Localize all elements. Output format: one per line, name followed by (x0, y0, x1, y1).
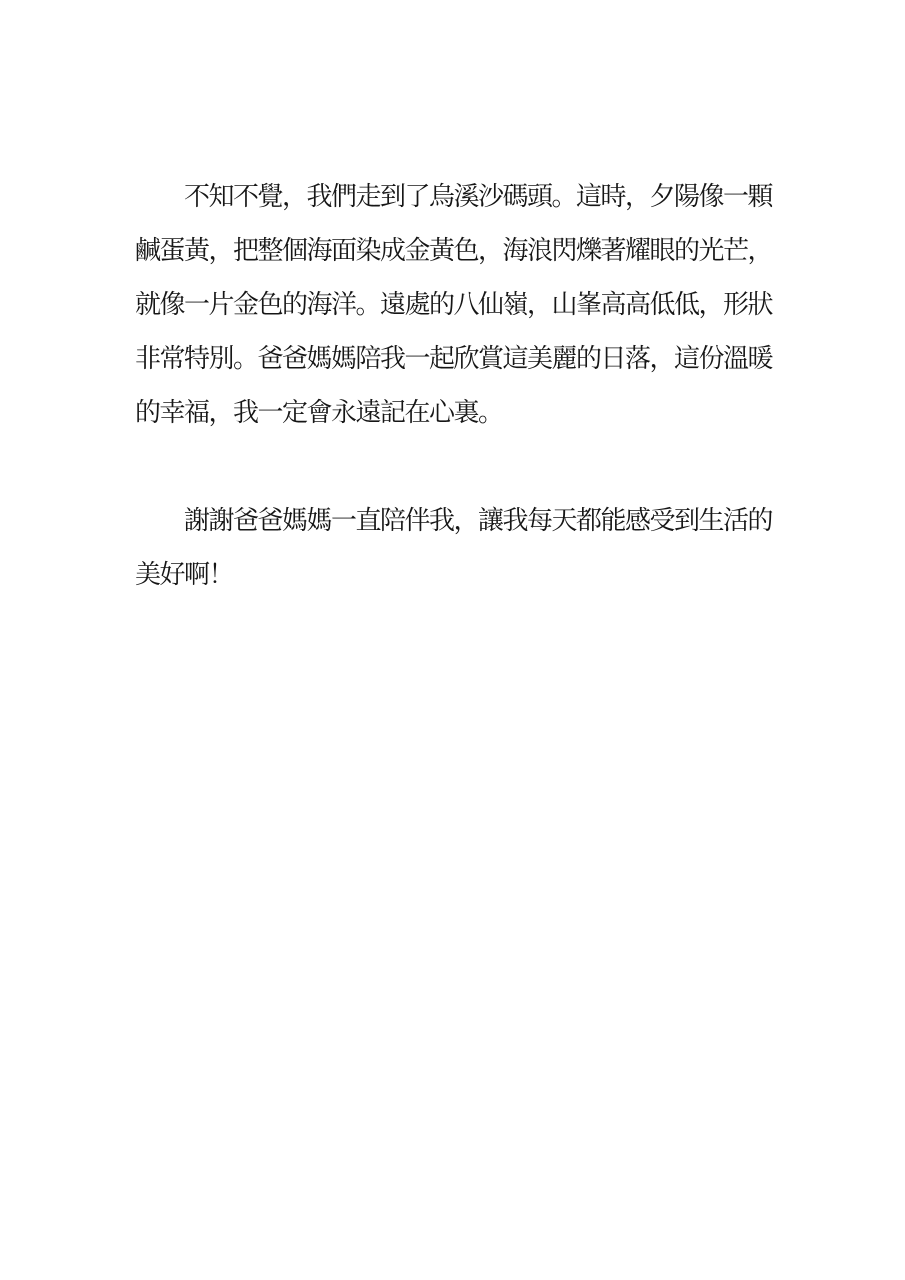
document-body: 不知不覺，我們走到了烏溪沙碼頭。這時，夕陽像一顆 鹹蛋黃，把整個海面染成金黃色，… (135, 170, 780, 656)
text-line: 就像一片金色的海洋。遠處的八仙嶺，山峯高高低低，形狀 (135, 278, 780, 332)
text-line: 鹹蛋黃，把整個海面染成金黃色，海浪閃爍著耀眼的光芒， (135, 224, 780, 278)
text-line: 的幸福，我一定會永遠記在心裏。 (135, 386, 780, 440)
text-line: 謝謝爸爸媽媽一直陪伴我，讓我每天都能感受到生活的 (135, 494, 780, 548)
document-page: 不知不覺，我們走到了烏溪沙碼頭。這時，夕陽像一顆 鹹蛋黃，把整個海面染成金黃色，… (0, 0, 905, 1280)
text-line: 美好啊！ (135, 548, 780, 602)
text-line: 不知不覺，我們走到了烏溪沙碼頭。這時，夕陽像一顆 (135, 170, 780, 224)
text-line: 非常特別。爸爸媽媽陪我一起欣賞這美麗的日落，這份溫暖 (135, 332, 780, 386)
paragraph-1: 不知不覺，我們走到了烏溪沙碼頭。這時，夕陽像一顆 鹹蛋黃，把整個海面染成金黃色，… (135, 170, 780, 440)
paragraph-2: 謝謝爸爸媽媽一直陪伴我，讓我每天都能感受到生活的 美好啊！ (135, 494, 780, 602)
